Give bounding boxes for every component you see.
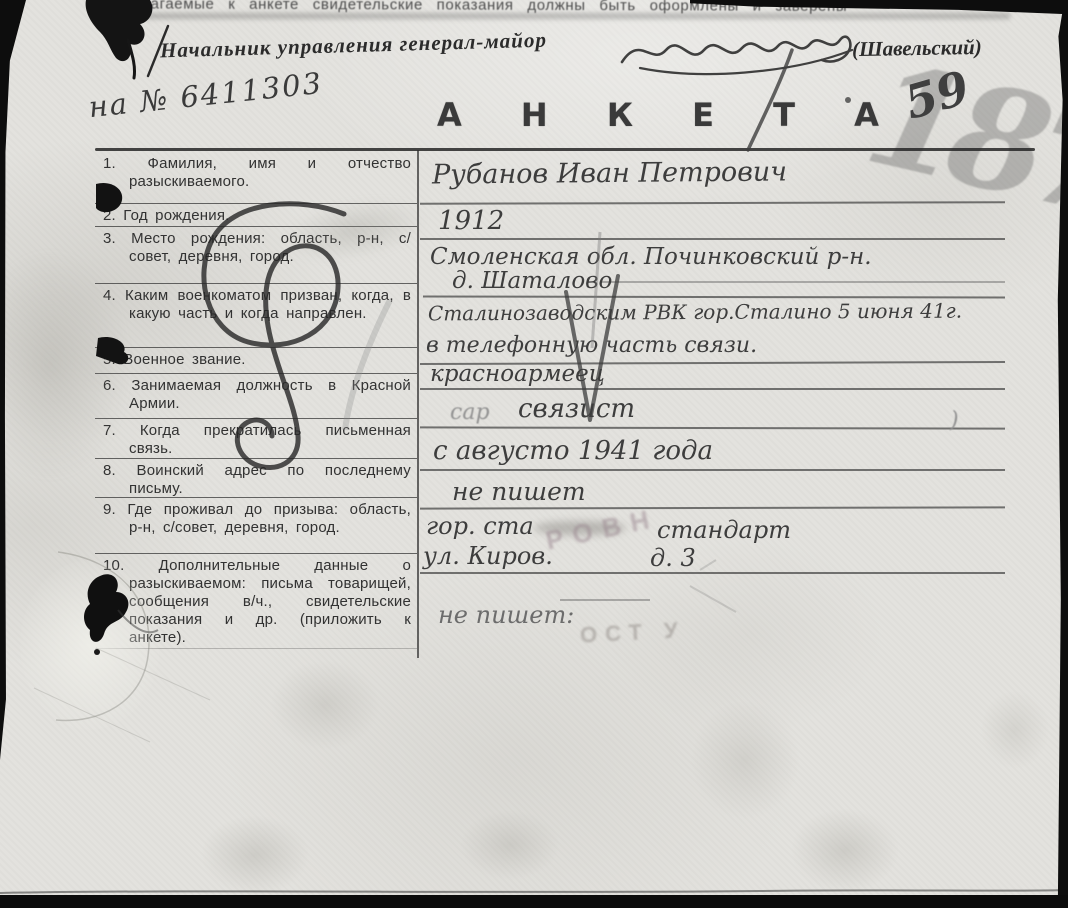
bottom-paper-edge <box>0 890 1068 893</box>
document-scan: Прилагаемые к анкете свидетельские показ… <box>0 0 1068 908</box>
large-pencil-scribble <box>204 204 344 468</box>
checkmark-scribble <box>345 232 618 430</box>
ink-blot-row4 <box>96 337 128 364</box>
signature <box>622 37 852 74</box>
paper-hole <box>84 574 158 655</box>
scribble-overlay <box>0 0 1068 908</box>
scan-edge-bottom <box>0 895 1068 908</box>
ink-blot-top <box>86 0 153 78</box>
ink-blot-row2 <box>96 183 122 212</box>
lead-slash <box>148 26 168 76</box>
paper-creases <box>34 552 736 742</box>
